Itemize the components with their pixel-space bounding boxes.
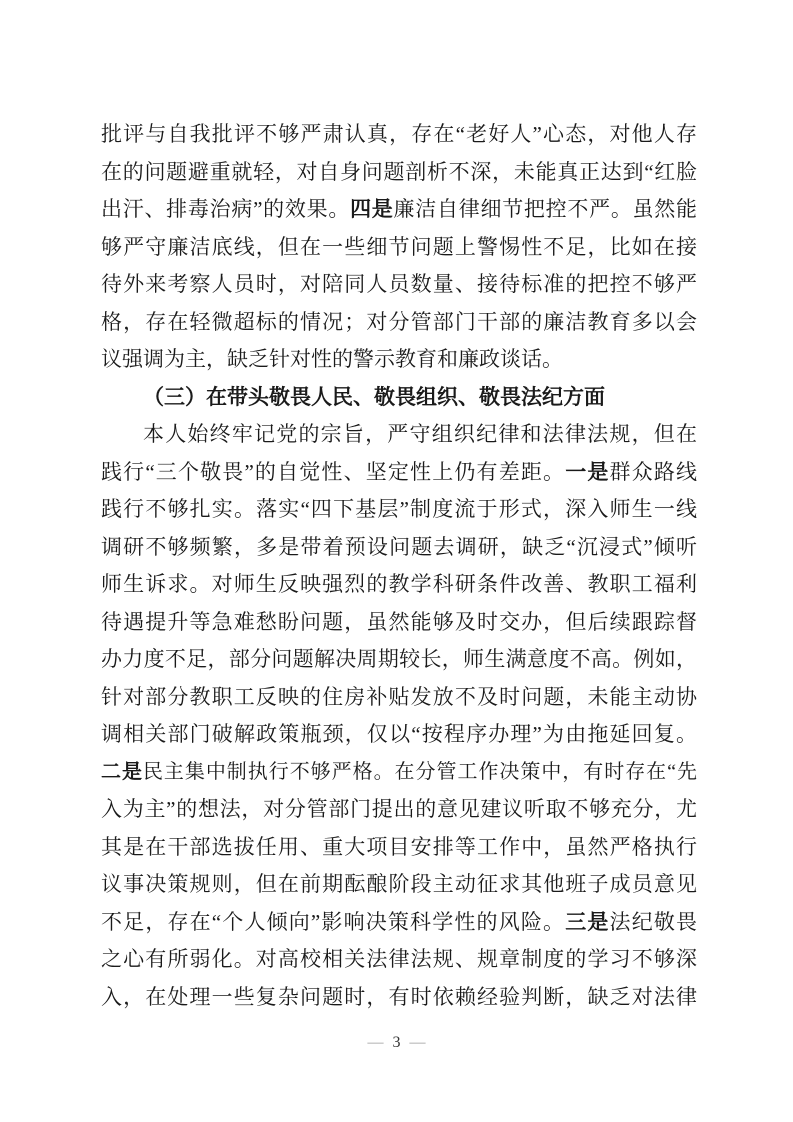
text-line-14: 待遇提升等急难愁盼问题，虽然能够及时交办，但后续跟踪督 <box>101 604 697 642</box>
body-text: 够严守廉洁底线，但在一些细节问题上警惕性不足，比如在接 <box>101 235 697 259</box>
text-line-4: 够严守廉洁底线，但在一些细节问题上警惕性不足，比如在接 <box>101 229 697 267</box>
body-text: 法纪敬畏 <box>610 910 697 934</box>
body-text: 出汗、排毒治病”的效果。 <box>101 197 350 221</box>
body-text: 践行“三个敬畏”的自觉性、坚定性上仍有差距。 <box>101 460 565 484</box>
body-text: 师生诉求。对师生反映强烈的教学科研条件改善、教职工福利 <box>101 572 697 596</box>
text-line-6: 格，存在轻微超标的情况；对分管部门干部的廉洁教育多以会 <box>101 304 697 342</box>
body-text: 办力度不足，部分问题解决周期较长，师生满意度不高。例如， <box>101 647 697 671</box>
body-text: 之心有所弱化。对高校相关法律法规、规章制度的学习不够深 <box>101 947 697 971</box>
document-page: 批评与自我批评不够严肃认真，存在“老好人”心态，对他人存在的问题避重就轻，对自身… <box>0 0 793 1122</box>
text-line-7: 议强调为主，缺乏针对性的警示教育和廉政谈话。 <box>101 341 697 379</box>
bold-text: 四是 <box>350 197 393 221</box>
text-line-20: 其是在干部选拔任用、重大项目安排等工作中，虽然严格执行 <box>101 829 697 867</box>
body-text: 待外来考察人员时，对陪同人员数量、接待标准的把控不够严 <box>101 272 697 296</box>
text-line-2: 在的问题避重就轻，对自身问题剖析不深，未能真正达到“红脸 <box>101 154 697 192</box>
body-text: 不足，存在“个人倾向”影响决策科学性的风险。 <box>101 910 565 934</box>
text-line-24: 入，在处理一些复杂问题时，有时依赖经验判断，缺乏对法律 <box>101 979 697 1017</box>
body-text: 廉洁自律细节把控不严。虽然能 <box>394 197 697 221</box>
body-text: 其是在干部选拔任用、重大项目安排等工作中，虽然严格执行 <box>101 835 697 859</box>
text-line-5: 待外来考察人员时，对陪同人员数量、接待标准的把控不够严 <box>101 266 697 304</box>
bold-text: 一是 <box>565 460 609 484</box>
footer-dash-left: — <box>368 1034 384 1051</box>
text-line-9: 本人始终牢记党的宗旨，严守组织纪律和法律法规，但在 <box>101 416 697 454</box>
body-text: 在的问题避重就轻，对自身问题剖析不深，未能真正达到“红脸 <box>101 160 697 184</box>
page-number: 3 <box>393 1034 401 1051</box>
body-text: 待遇提升等急难愁盼问题，虽然能够及时交办，但后续跟踪督 <box>101 610 697 634</box>
text-line-11: 践行不够扎实。落实“四下基层”制度流于形式，深入师生一线 <box>101 491 697 529</box>
body-text: 针对部分教职工反映的住房补贴发放不及时问题，未能主动协 <box>101 685 697 709</box>
section-heading: （三）在带头敬畏人民、敬畏组织、敬畏法纪方面 <box>101 379 697 417</box>
body-text: 格，存在轻微超标的情况；对分管部门干部的廉洁教育多以会 <box>101 310 697 334</box>
body-text: 调研不够频繁，多是带着预设问题去调研，缺乏“沉浸式”倾听 <box>101 535 697 559</box>
bold-text: （三）在带头敬畏人民、敬畏组织、敬畏法纪方面 <box>143 385 605 409</box>
text-line-10: 践行“三个敬畏”的自觉性、坚定性上仍有差距。一是群众路线 <box>101 454 697 492</box>
text-line-17: 调相关部门破解政策瓶颈，仅以“按程序办理”为由拖延回复。 <box>101 716 697 754</box>
bold-text: 三是 <box>565 910 609 934</box>
text-line-15: 办力度不足，部分问题解决周期较长，师生满意度不高。例如， <box>101 641 697 679</box>
page-footer: —3— <box>0 1033 793 1053</box>
body-text: 议事决策规则，但在前期酝酿阶段主动征求其他班子成员意见 <box>101 872 697 896</box>
text-line-19: 入为主”的想法，对分管部门提出的意见建议听取不够充分，尤 <box>101 791 697 829</box>
text-line-23: 之心有所弱化。对高校相关法律法规、规章制度的学习不够深 <box>101 941 697 979</box>
body-text: 入为主”的想法，对分管部门提出的意见建议听取不够充分，尤 <box>101 797 697 821</box>
body-text: 批评与自我批评不够严肃认真，存在“老好人”心态，对他人存 <box>101 122 697 146</box>
text-line-18: 二是民主集中制执行不够严格。在分管工作决策中，有时存在“先 <box>101 754 697 792</box>
text-line-16: 针对部分教职工反映的住房补贴发放不及时问题，未能主动协 <box>101 679 697 717</box>
body-text: 民主集中制执行不够严格。在分管工作决策中，有时存在“先 <box>143 761 697 783</box>
bold-text: 二是 <box>101 761 143 783</box>
text-line-21: 议事决策规则，但在前期酝酿阶段主动征求其他班子成员意见 <box>101 866 697 904</box>
text-line-12: 调研不够频繁，多是带着预设问题去调研，缺乏“沉浸式”倾听 <box>101 529 697 567</box>
footer-dash-right: — <box>410 1034 426 1051</box>
body-text: 入，在处理一些复杂问题时，有时依赖经验判断，缺乏对法律 <box>101 985 697 1009</box>
body-text: 议强调为主，缺乏针对性的警示教育和廉政谈话。 <box>101 347 563 371</box>
body-text: 本人始终牢记党的宗旨，严守组织纪律和法律法规，但在 <box>143 422 697 446</box>
body-text: 调相关部门破解政策瓶颈，仅以“按程序办理”为由拖延回复。 <box>101 722 697 746</box>
body-text: 践行不够扎实。落实“四下基层”制度流于形式，深入师生一线 <box>101 497 697 521</box>
text-line-13: 师生诉求。对师生反映强烈的教学科研条件改善、教职工福利 <box>101 566 697 604</box>
text-line-22: 不足，存在“个人倾向”影响决策科学性的风险。三是法纪敬畏 <box>101 904 697 942</box>
text-line-3: 出汗、排毒治病”的效果。四是廉洁自律细节把控不严。虽然能 <box>101 191 697 229</box>
document-body: 批评与自我批评不够严肃认真，存在“老好人”心态，对他人存在的问题避重就轻，对自身… <box>101 116 697 1016</box>
body-text: 群众路线 <box>610 460 697 484</box>
text-line-1: 批评与自我批评不够严肃认真，存在“老好人”心态，对他人存 <box>101 116 697 154</box>
